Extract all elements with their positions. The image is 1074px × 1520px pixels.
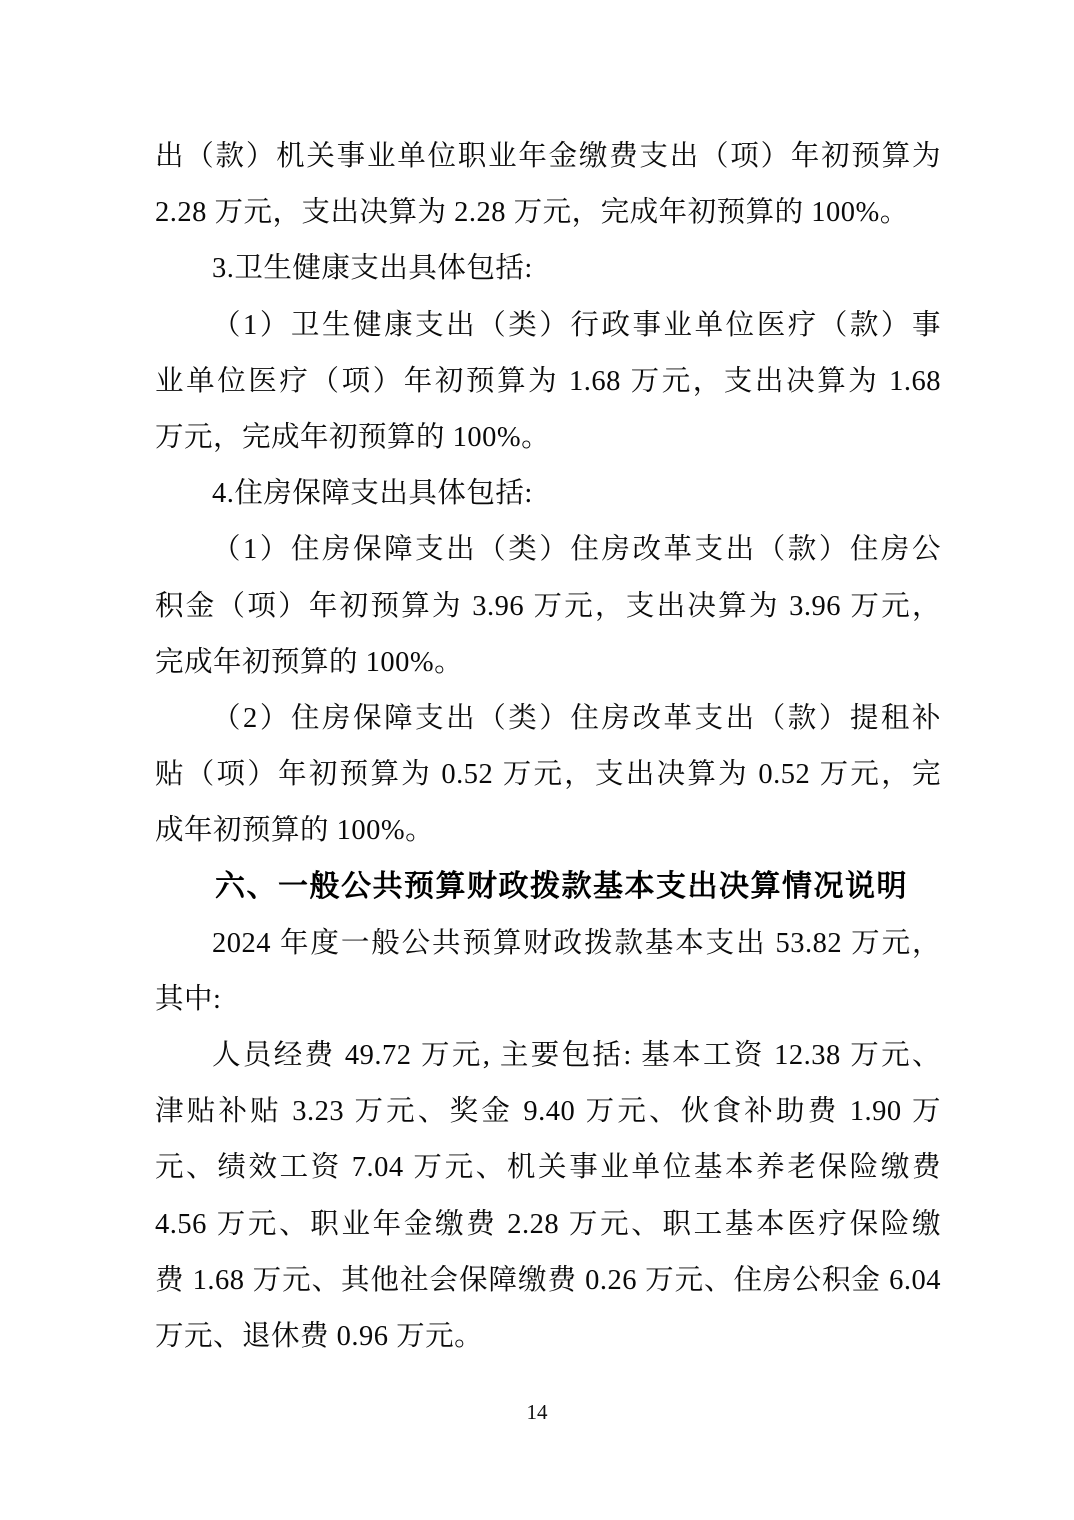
paragraph-line: 出（款）机关事业单位职业年金缴费支出（项）年初预算为 [155, 129, 941, 185]
text-block: 出（款）机关事业单位职业年金缴费支出（项）年初预算为 2.28 万元，支出决算为… [155, 129, 941, 1365]
paragraph-line: 4.住房保障支出具体包括: [155, 466, 941, 522]
paragraph-line: 贴（项）年初预算为 0.52 万元，支出决算为 0.52 万元，完 [155, 747, 941, 803]
page-footer: 14 [0, 1398, 1074, 1426]
page-number: 14 [527, 1400, 548, 1424]
paragraph-line: 业单位医疗（项）年初预算为 1.68 万元，支出决算为 1.68 [155, 354, 941, 410]
paragraph-line: 3.卫生健康支出具体包括: [155, 241, 941, 297]
paragraph-line: 费 1.68 万元、其他社会保障缴费 0.26 万元、住房公积金 6.04 [155, 1253, 941, 1309]
paragraph-line: 津贴补贴 3.23 万元、奖金 9.40 万元、伙食补助费 1.90 万 [155, 1084, 941, 1140]
paragraph-line: （2）住房保障支出（类）住房改革支出（款）提租补 [155, 691, 941, 747]
section-heading: 六、一般公共预算财政拨款基本支出决算情况说明 [155, 859, 941, 915]
document-page: 出（款）机关事业单位职业年金缴费支出（项）年初预算为 2.28 万元，支出决算为… [0, 0, 1074, 1520]
paragraph-line: 万元、退休费 0.96 万元。 [155, 1309, 941, 1365]
paragraph-line: 2024 年度一般公共预算财政拨款基本支出 53.82 万元， [155, 916, 941, 972]
paragraph-line: 2.28 万元，支出决算为 2.28 万元，完成年初预算的 100%。 [155, 185, 941, 241]
paragraph-line: 人员经费 49.72 万元, 主要包括: 基本工资 12.38 万元、 [155, 1028, 941, 1084]
paragraph-line: 积金（项）年初预算为 3.96 万元，支出决算为 3.96 万元， [155, 579, 941, 635]
paragraph-line: （1）住房保障支出（类）住房改革支出（款）住房公 [155, 522, 941, 578]
paragraph-line: 4.56 万元、职业年金缴费 2.28 万元、职工基本医疗保险缴 [155, 1197, 941, 1253]
paragraph-line: 元、绩效工资 7.04 万元、机关事业单位基本养老保险缴费 [155, 1140, 941, 1196]
paragraph-line: 成年初预算的 100%。 [155, 803, 941, 859]
paragraph-line: （1）卫生健康支出（类）行政事业单位医疗（款）事 [155, 298, 941, 354]
paragraph-line: 万元，完成年初预算的 100%。 [155, 410, 941, 466]
paragraph-line: 完成年初预算的 100%。 [155, 635, 941, 691]
paragraph-line: 其中: [155, 972, 941, 1028]
